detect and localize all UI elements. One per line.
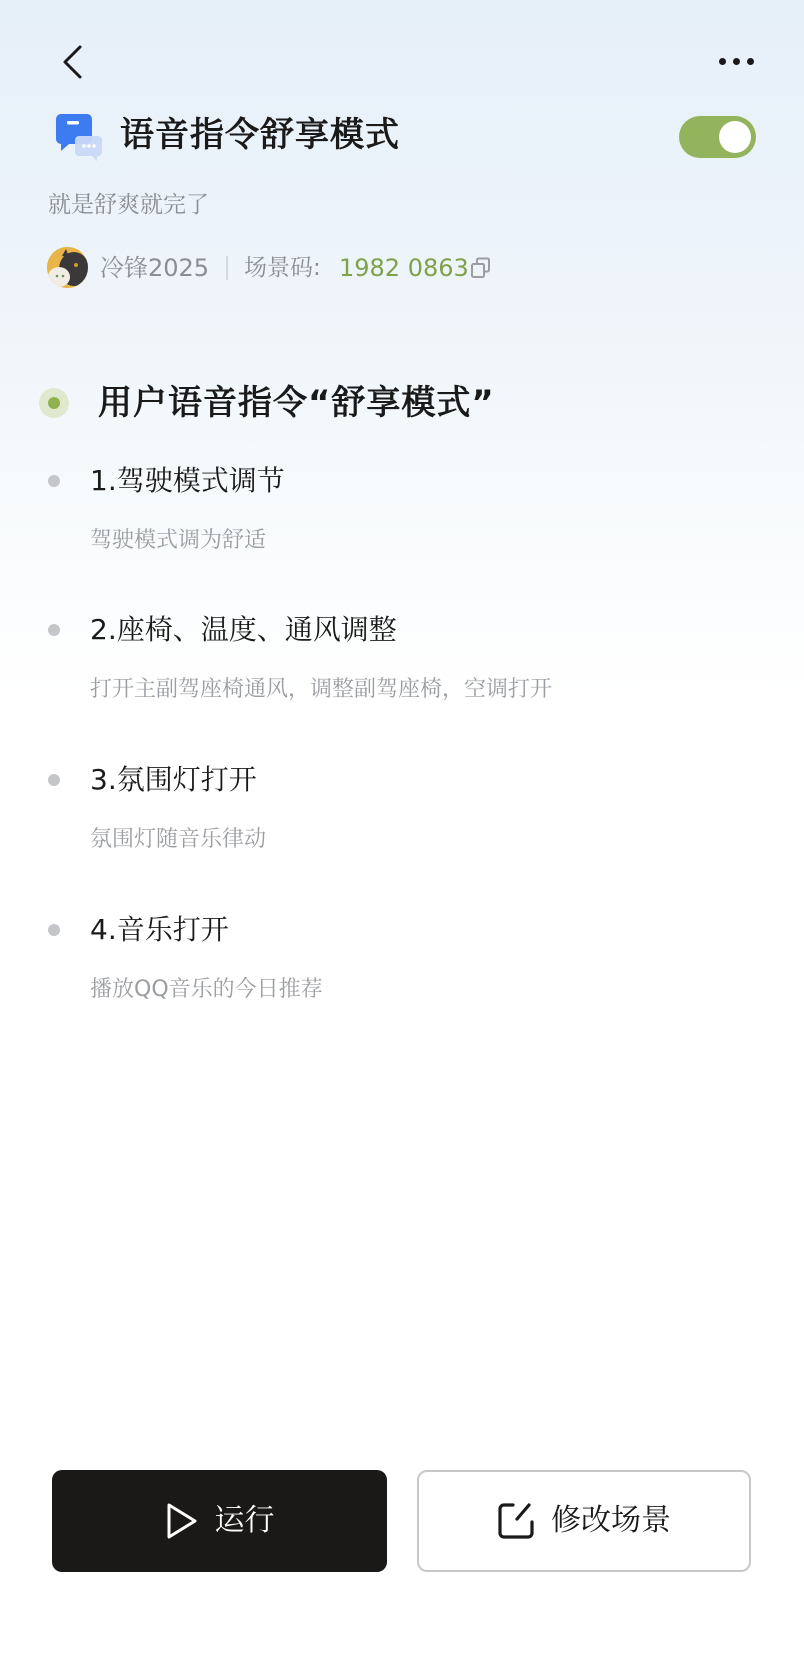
chat-bubble-icon [55, 112, 105, 162]
trigger-marker-dot [48, 397, 60, 409]
edit-scene-button[interactable]: 修改场景 [417, 1470, 751, 1572]
step-title: 1.驾驶模式调节 [90, 462, 285, 500]
back-button[interactable] [52, 40, 92, 84]
edit-icon [497, 1502, 535, 1540]
step-bullet-icon [48, 774, 60, 786]
play-icon [165, 1502, 199, 1540]
scene-code-label: 场景码: [244, 252, 321, 284]
toggle-knob [719, 121, 751, 153]
run-button[interactable]: 运行 [52, 1470, 387, 1572]
trigger-title: 用户语音指令“舒享模式” [98, 380, 495, 426]
step-desc: 驾驶模式调为舒适 [90, 526, 266, 556]
more-dot-icon [733, 58, 740, 65]
step-desc: 打开主副驾座椅通风，调整副驾座椅，空调打开 [90, 675, 552, 705]
scene-title: 语音指令舒享模式 [120, 112, 400, 158]
edit-scene-button-label: 修改场景 [551, 1501, 671, 1541]
step-desc: 氛围灯随音乐律动 [90, 825, 266, 855]
step-title: 2.座椅、温度、通风调整 [90, 611, 397, 649]
author-avatar[interactable] [47, 247, 88, 288]
step-title: 3.氛围灯打开 [90, 761, 257, 799]
more-dot-icon [719, 58, 726, 65]
more-dot-icon [747, 58, 754, 65]
more-options-button[interactable] [710, 44, 762, 78]
scene-enabled-toggle[interactable] [679, 116, 756, 158]
scene-code-value: 1982 0863 [339, 252, 469, 284]
meta-divider [226, 256, 228, 280]
scene-subtitle: 就是舒爽就完了 [48, 190, 209, 220]
author-name[interactable]: 冷锋2025 [100, 252, 209, 284]
run-button-label: 运行 [215, 1501, 275, 1541]
step-bullet-icon [48, 924, 60, 936]
step-title: 4.音乐打开 [90, 911, 229, 949]
chevron-left-icon [60, 44, 84, 80]
step-desc: 播放QQ音乐的今日推荐 [90, 975, 323, 1005]
copy-icon[interactable] [470, 257, 492, 279]
step-bullet-icon [48, 624, 60, 636]
step-bullet-icon [48, 475, 60, 487]
